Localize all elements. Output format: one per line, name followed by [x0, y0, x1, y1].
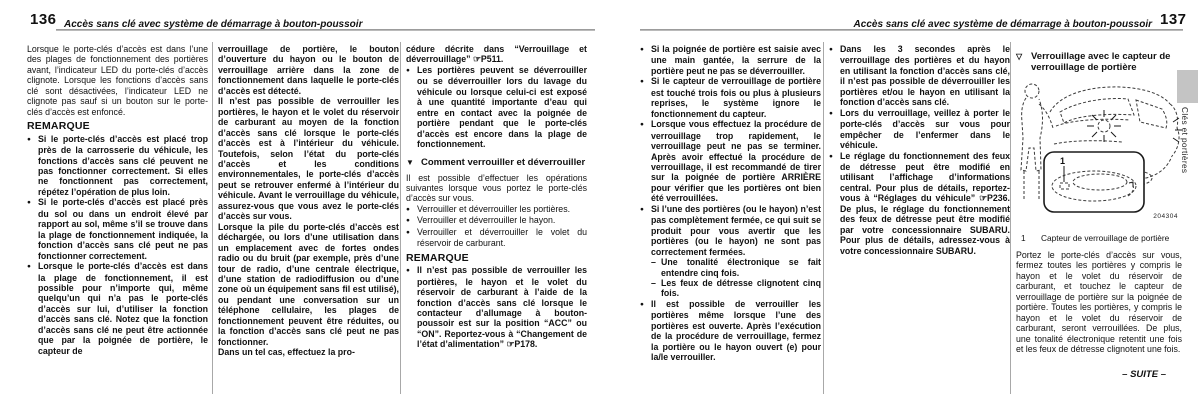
- figure-door-lock-sensor: 1 204304: [1016, 78, 1182, 228]
- sub-list-item: –Une tonalité électronique se fait enten…: [651, 257, 821, 278]
- callout-label: 1: [1060, 156, 1065, 166]
- bullet-icon: ●: [406, 266, 417, 276]
- paragraph: Portez le porte-clés d’accès sur vous, f…: [1016, 250, 1182, 355]
- list-item: ●Si l’une des portières (ou le hayon) n’…: [640, 204, 821, 257]
- bullet-icon: ●: [406, 205, 417, 215]
- column-section: Portez le porte-clés d’accès sur vous, f…: [1016, 250, 1182, 355]
- bullet-icon: ●: [829, 45, 840, 55]
- bullet-icon: ●: [640, 120, 651, 130]
- paragraph: cédure décrite dans “Verrouillage et dév…: [406, 44, 587, 65]
- list-item: ●Dans les 3 secondes après le verrouilla…: [829, 44, 1010, 108]
- paragraph: Dans un tel cas, effectuez la pro-: [218, 347, 399, 357]
- bullet-icon: ●: [27, 198, 38, 208]
- bullet-icon: ●: [406, 216, 417, 226]
- list-item: ●Il n’est pas possible de verrouiller le…: [406, 265, 587, 350]
- continuation-marker: – SUITE –: [1016, 369, 1166, 380]
- paragraph: Lorsque la pile du porte-clés d’accès es…: [218, 222, 399, 347]
- list-item: ●Les portières peuvent se déverrouiller …: [406, 65, 587, 150]
- text-column: Lorsque le porte-clés d’accès est dans l…: [27, 44, 208, 356]
- list-item: ●Si la poignée de portière est saisie av…: [640, 44, 821, 76]
- list-item: ●Verrouiller et déverrouiller les portiè…: [406, 204, 587, 215]
- list-item: ●Si le capteur de verrouillage de portiè…: [640, 76, 821, 119]
- section-heading: REMARQUE: [406, 253, 587, 263]
- subsection-heading: ▽Verrouillage avec le capteur de verroui…: [1016, 51, 1182, 73]
- list-item: ●Lorsque vous effectuez la procédure de …: [640, 119, 821, 204]
- text-column: ●Dans les 3 secondes après le verrouilla…: [829, 44, 1010, 256]
- outline-triangle-icon: ▽: [1016, 51, 1031, 62]
- figure-caption-text: Capteur de verrouillage de portière: [1041, 233, 1169, 243]
- page-number-left: 136: [30, 11, 57, 28]
- bullet-icon: ●: [829, 109, 840, 119]
- list-item: ●Verrouiller et déverrouiller le volet d…: [406, 227, 587, 249]
- bullet-icon: ●: [829, 152, 840, 162]
- column-divider: [212, 42, 213, 394]
- dash-marker: –: [651, 257, 661, 267]
- list-item: ●Il est possible de verrouiller les port…: [640, 299, 821, 363]
- list-item: ●Verrouiller et déverrouiller le hayon.: [406, 215, 587, 226]
- page-number-right: 137: [1160, 11, 1187, 28]
- bullet-icon: ●: [640, 205, 651, 215]
- column-divider: [823, 42, 824, 394]
- text-column: ▽Verrouillage avec le capteur de verroui…: [1016, 44, 1182, 355]
- column-section: ▽Verrouillage avec le capteur de verroui…: [1016, 51, 1182, 73]
- figure-code: 204304: [1153, 212, 1178, 222]
- manual-spread: 136 Accès sans clé avec système de démar…: [0, 0, 1200, 402]
- list-item: ●Si le porte-clés d’accès est placé près…: [27, 197, 208, 261]
- bullet-icon: ●: [406, 66, 417, 76]
- bullet-icon: ●: [640, 300, 651, 310]
- subsection-heading: ▼Comment verrouiller et déverrouiller: [406, 157, 587, 168]
- paragraph: Il est possible d’effectuer les opératio…: [406, 173, 587, 204]
- car-illustration: 1: [1016, 78, 1182, 228]
- running-header-left: Accès sans clé avec système de démarrage…: [64, 19, 362, 30]
- list-item: ●Le réglage du fonctionnement des feux d…: [829, 151, 1010, 257]
- list-item: ●Si le porte-clés d’accès est placé trop…: [27, 134, 208, 198]
- paragraph: Lorsque le porte-clés d’accès est dans l…: [27, 44, 208, 117]
- list-item: ●Lorsque le porte-clés d’accès est dans …: [27, 261, 208, 356]
- running-header-right: Accès sans clé avec système de démarrage…: [640, 19, 1152, 30]
- figure-caption-number: 1: [1016, 233, 1041, 243]
- bullet-icon: ●: [640, 77, 651, 87]
- dash-marker: –: [651, 278, 661, 288]
- sub-list-item: –Les feux de détresse clignotent cinq fo…: [651, 278, 821, 299]
- filled-triangle-icon: ▼: [406, 157, 421, 168]
- bullet-icon: ●: [406, 228, 417, 238]
- paragraph: Il n’est pas possible de verrouiller les…: [218, 96, 399, 221]
- list-item: ●Lors du verrouillage, veillez à porter …: [829, 108, 1010, 151]
- text-column: ●Si la poignée de portière est saisie av…: [640, 44, 821, 363]
- figure-caption: 1 Capteur de verrouillage de portière: [1016, 233, 1182, 243]
- chapter-tab-label: Clés et portières: [1180, 107, 1189, 173]
- bullet-icon: ●: [27, 135, 38, 145]
- column-divider: [400, 42, 401, 394]
- section-heading: REMARQUE: [27, 121, 208, 131]
- text-column: cédure décrite dans “Verrouillage et dév…: [406, 44, 587, 350]
- text-column: verrouillage de portière, le bouton d’ou…: [218, 44, 399, 358]
- bullet-icon: ●: [640, 45, 651, 55]
- chapter-tab: [1177, 70, 1198, 103]
- bullet-icon: ●: [27, 262, 38, 272]
- column-divider: [1010, 42, 1011, 394]
- paragraph: verrouillage de portière, le bouton d’ou…: [218, 44, 399, 96]
